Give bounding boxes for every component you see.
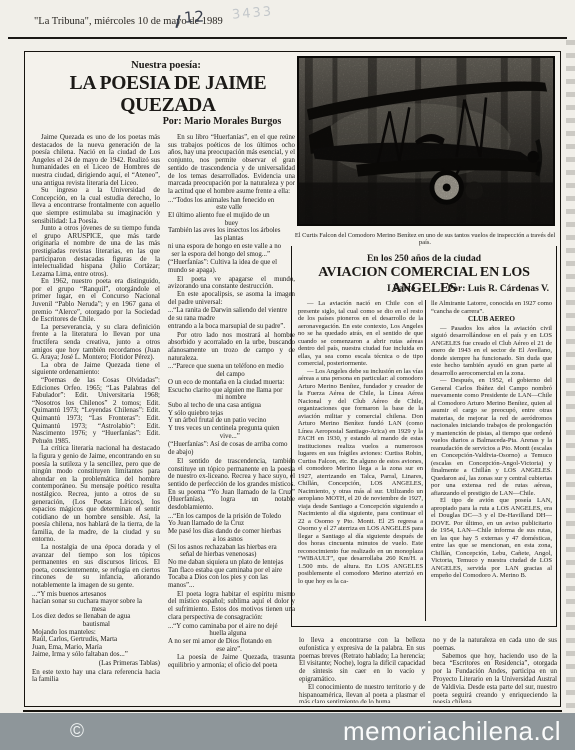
airplane-photo [297, 56, 555, 226]
handwritten-page-number: 12 [183, 7, 205, 26]
aviation-article-box: En los 250 años de la ciudad AVIACION CO… [291, 246, 557, 627]
poetry-column-1: Jaime Quezada es uno de los poetas más d… [32, 134, 160, 700]
paragraph: La crítica literaria nacional ha destaca… [32, 445, 160, 544]
poetry-byline: Por: Mario Morales Burgos [137, 116, 307, 127]
aviation-subhead: CLUB AEREO [431, 316, 552, 324]
aviation-column-1: — La aviación nació en Chile con el pres… [298, 300, 423, 620]
biplane-illustration [299, 58, 553, 224]
paragraph: Junto a otros jóvenes de su tiempo funda… [32, 225, 160, 278]
paragraph: El poeta ve apagarse el mundo, avizorand… [168, 276, 295, 291]
aviation-kicker: En los 250 años de la ciudad [292, 254, 556, 264]
poem-excerpt: ...“Todos los animales han fenecido en e… [168, 197, 295, 259]
aviation-byline-row: I Parte Por: Luis R. Cárdenas V. [292, 284, 549, 294]
poem-excerpt: ...“La ranita de Darwin saliendo del vie… [168, 307, 295, 330]
scan-edge-noise [566, 40, 575, 708]
poem-excerpt: ...“Y como caminaba por el aire no dejé … [168, 623, 295, 654]
paragraph: — La aviación nació en Chile con el pres… [298, 300, 423, 368]
aviation-part-label: I Parte [387, 284, 415, 294]
paragraph: El sentido de trascendencia, también con… [168, 458, 295, 512]
paragraph: En este texto hay una clara referencia h… [32, 669, 160, 684]
top-rule [8, 37, 567, 39]
paragraph: lo lleva a encontrarse con la belleza eu… [299, 637, 425, 684]
copyright-icon: © [70, 721, 84, 743]
paragraph: El tipo de avión que poseía LAN, apropia… [431, 497, 552, 580]
watermark-site: memoriachilena.cl [343, 716, 561, 747]
paragraph: — Después, en 1952, el gobierno del Gene… [431, 377, 552, 497]
paragraph: En 1962, nuestro poeta era distinguido, … [32, 278, 160, 324]
pencil-scribble: 3433 [231, 4, 273, 23]
poetry-column-2: En su libro “Huerfanías”, en el que reún… [168, 134, 295, 700]
aviation-column-rule [425, 300, 426, 621]
poem-credit: (Las Primeras Tablas) [32, 660, 160, 668]
poetry-headline: LA POESIA DE JAIME QUEZADA [25, 73, 311, 117]
poem-note: (“Huerfanías”: Así de cosas de arriba co… [168, 441, 295, 456]
paragraph: lle Almirante Latorre, conocida en 1927 … [431, 300, 552, 315]
poetry-column-4: no y de la naturaleza en cada uno de sus… [433, 637, 557, 703]
paragraph: La perseverancia, y su clara definición … [32, 324, 160, 362]
poem-excerpt: ...“Parece que suena un teléfono en medi… [168, 363, 295, 440]
paragraph: Su ingreso a la Universidad de Concepció… [32, 187, 160, 225]
aviation-column-2: lle Almirante Latorre, conocida en 1927 … [431, 300, 552, 620]
poem-excerpt: ...“En los campos de la prisión de Toled… [168, 513, 295, 590]
aviation-byline: Por: Luis R. Cárdenas V. [447, 284, 549, 294]
paragraph: “Poemas de las Cosas Olvidadas”: Edicion… [32, 377, 160, 445]
poem-note: (“Huerfanías”: Cultiva la idea de que el… [168, 259, 295, 274]
photo-caption: El Curtis Falcon del Comodoro Merino Ben… [293, 232, 557, 246]
poetry-kicker: Nuestra poesía: [25, 60, 307, 71]
paragraph: no y de la naturaleza en cada uno de sus… [433, 637, 557, 653]
poetry-column-3: lo lleva a encontrarse con la belleza eu… [299, 637, 425, 703]
paragraph: Sabemos que hoy, haciendo uso de la beca… [433, 653, 557, 703]
paragraph: En este apocalipsis, se asoma la imagen … [168, 291, 295, 306]
paragraph: Por otro lado nos mostrará al hombre abs… [168, 332, 295, 363]
paragraph: — Los Angeles debe su inclusión en las v… [298, 368, 423, 586]
poem-excerpt: ...“Y mis buenos artesanos hacían sonar … [32, 591, 160, 659]
paragraph: Jaime Quezada es uno de los poetas más d… [32, 134, 160, 187]
paragraph: El poeta logra habitar el espíritu mismo… [168, 591, 295, 622]
paragraph: — Pasados los años la aviación civil sig… [431, 325, 552, 378]
paragraph: En su libro “Huerfanías”, en el que reún… [168, 134, 295, 196]
paragraph: La nostalgia de una época dorada y el av… [32, 544, 160, 590]
content-frame: Nuestra poesía: LA POESIA DE JAIME QUEZA… [24, 51, 561, 707]
watermark-bar: © memoriachilena.cl [0, 713, 575, 750]
paragraph: La poesía de Jaime Quezada, trasunta equ… [168, 654, 295, 669]
paragraph: El conocimiento de nuestro territorio y … [299, 684, 425, 703]
paragraph: La obra de Jaime Quezada tiene el siguie… [32, 362, 160, 377]
